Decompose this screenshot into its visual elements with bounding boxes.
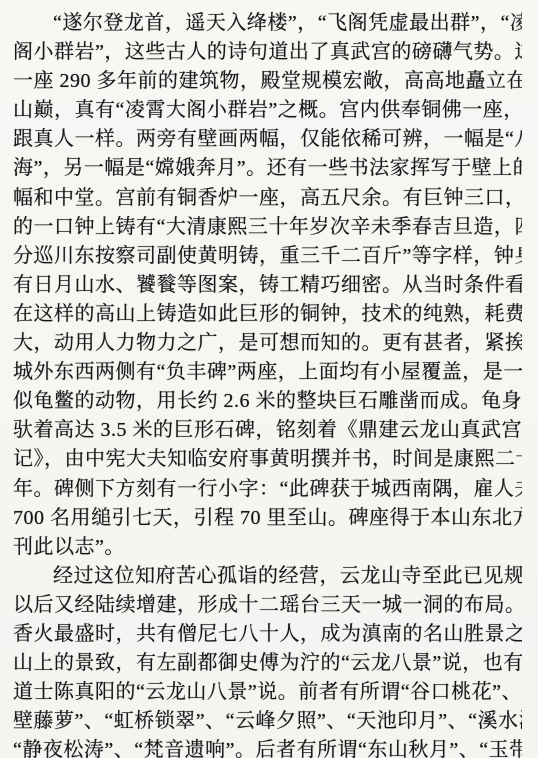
text-line: 跟真人一样。两旁有壁画两幅，仅能依稀可辨，一幅是“八仙过 (13, 125, 522, 154)
text-line: 幅和中堂。宫前有铜香炉一座，高五尺余。有巨钟三口，最大 (13, 184, 522, 213)
text-line: 以后又经陆续增建，形成十二瑶台三天一城一洞的布局。据说 (13, 591, 522, 620)
text-line: 年。碑侧下方刻有一行小字：“此碑获于城西南隅，雇人夫 (13, 475, 522, 504)
text-line: “静夜松涛”、“梵音遗响”。后者有所谓“东山秋月”、“玉带横 (13, 736, 522, 758)
text-line: 刊此以志”。 (13, 533, 522, 562)
text-line: 大，动用人力物力之广，是可想而知的。更有甚者，紧挨紫金 (13, 329, 522, 358)
text-line: 山巅，真有“凌霄大阁小群岩”之概。宫内供奉铜佛一座，大小 (13, 96, 522, 125)
text-line: 经过这位知府苦心孤诣的经营，云龙山寺至此已见规模， (13, 562, 522, 591)
text-line: 城外东西两侧有“负丰碑”两座，上面均有小屋覆盖，是一种类 (13, 358, 522, 387)
paragraph-1: “遂尔登龙首，遥天入绛楼”，“飞阁凭虚最出群”，“凌霄大阁小群岩”，这些古人的诗… (13, 9, 522, 562)
paragraph-2: 经过这位知府苦心孤诣的经营，云龙山寺至此已见规模，以后又经陆续增建，形成十二瑶台… (13, 562, 522, 758)
text-line: 一座 290 多年前的建筑物，殿堂规模宏敞，高高地矗立在云龙 (13, 67, 522, 96)
text-line: 道士陈真阳的“云龙山八景”说。前者有所谓“谷口桃花”、“石 (13, 678, 522, 707)
text-line: 记》，由中宪大夫知临安府事黄明撰并书，时间是康熙二十八 (13, 445, 522, 474)
text-line: 山上的景致，有左副都御史傅为泞的“云龙八景”说，也有白雪 (13, 649, 522, 678)
text-line: “遂尔登龙首，遥天入绛楼”，“飞阁凭虚最出群”，“凌霄大 (13, 9, 522, 38)
text-line: 分巡川东按察司副使黄明铸，重三千二百斤”等字样，钟身还 (13, 242, 522, 271)
text-column: “遂尔登龙首，遥天入绛楼”，“飞阁凭虚最出群”，“凌霄大阁小群岩”，这些古人的诗… (13, 9, 522, 758)
text-line: 香火最盛时，共有僧尼七八十人，成为滇南的名山胜景之一。 (13, 620, 522, 649)
text-line: 700 名用缒引七天，引程 70 里至山。碑座得于本山东北方。 (13, 504, 522, 533)
text-line: 有日月山水、饕餮等图案，铸工精巧细密。从当时条件看，要 (13, 271, 522, 300)
text-line: 的一口钟上铸有“大清康熙三十年岁次辛未季春吉旦造，四川 (13, 213, 522, 242)
text-line: 壁藤萝”、“虹桥锁翠”、“云峰夕照”、“天池印月”、“溪水流声”、 (13, 707, 522, 736)
text-line: 似龟鳖的动物，用长约 2.6 米的整块巨石雕凿而成。龟身上 (13, 387, 522, 416)
scanned-page: “遂尔登龙首，遥天入绛楼”，“飞阁凭虚最出群”，“凌霄大阁小群岩”，这些古人的诗… (0, 0, 538, 758)
text-line: 在这样的高山上铸造如此巨形的铜钟，技术的纯熟，耗费之巨 (13, 300, 522, 329)
text-line: 阁小群岩”，这些古人的诗句道出了真武宫的磅礴气势。这是 (13, 38, 522, 67)
text-line: 驮着高达 3.5 米的巨形石碑，铭刻着《鼎建云龙山真武宫碑 (13, 416, 522, 445)
text-line: 海”，另一幅是“嫦娥奔月”。还有一些书法家挥写于壁上的条 (13, 154, 522, 183)
